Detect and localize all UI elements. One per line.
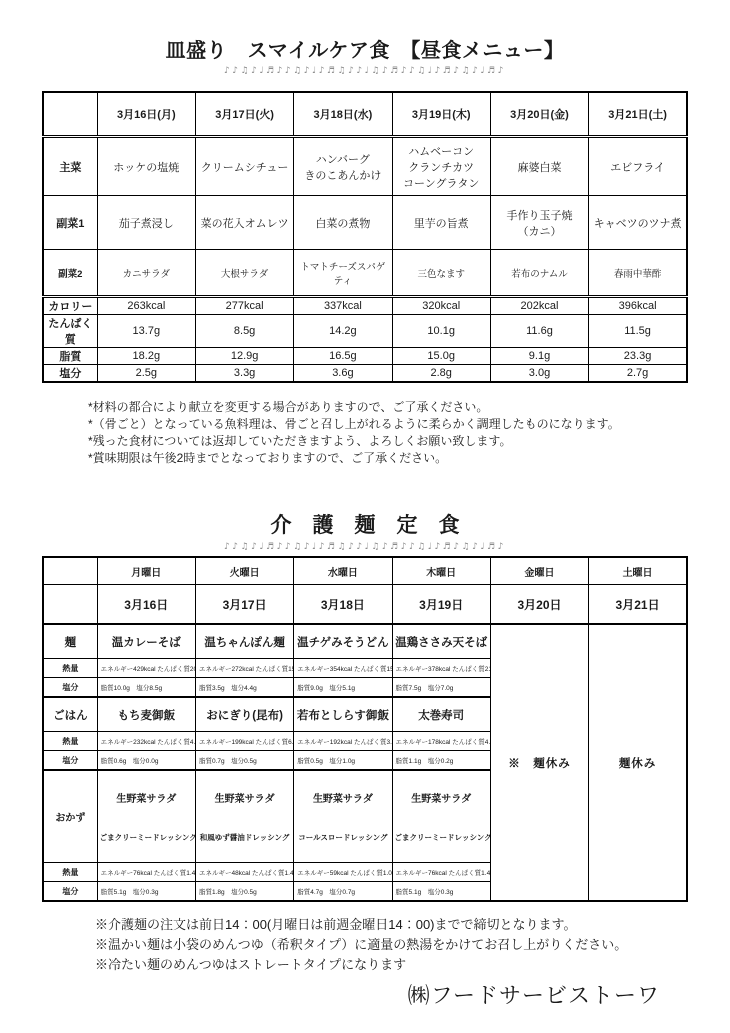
date-header: 3月17日 bbox=[195, 585, 293, 625]
value-cell: 12.9g bbox=[195, 348, 293, 365]
music-notes-decoration: ♪♪♫♪♩♬♪♪♫♪♩♪♬♫♪♪♩♫♪♬♪♪♫♩♪♬♪♫♪♩♬♪ bbox=[0, 542, 730, 552]
value-cell: 10.1g bbox=[392, 315, 490, 348]
nutrition-cell: エネルギー199kcal たんぱく質6.9g bbox=[195, 732, 293, 751]
menu-cell: カニサラダ bbox=[97, 250, 195, 297]
menu-cell: ハムベーコン クランチカツ コーングラタン bbox=[392, 137, 490, 196]
value-cell: 396kcal bbox=[589, 297, 687, 315]
value-cell: 14.2g bbox=[294, 315, 392, 348]
menu-cell: もち麦御飯 bbox=[97, 697, 195, 732]
row-label: 熱量 bbox=[43, 863, 97, 882]
menu-cell: 温鶏ささみ天そば bbox=[392, 624, 490, 659]
nutrition-cell: 脂質7.5g 塩分7.0g bbox=[392, 678, 490, 698]
value-cell: 11.5g bbox=[589, 315, 687, 348]
row-label: 塩分 bbox=[43, 882, 97, 902]
nutrition-cell: エネルギー48kcal たんぱく質1.4g bbox=[195, 863, 293, 882]
nutrition-cell: 脂質4.7g 塩分0.7g bbox=[294, 882, 392, 902]
nutrition-cell: エネルギー59kcal たんぱく質1.0g bbox=[294, 863, 392, 882]
calorie-row: カロリー 263kcal 277kcal 337kcal 320kcal 202… bbox=[43, 297, 687, 315]
date-header: 3月20日 bbox=[490, 585, 588, 625]
row-label: カロリー bbox=[43, 297, 97, 315]
dressing-name: 和風ゆず醤油ドレッシング bbox=[198, 832, 291, 843]
nutrition-cell: エネルギー76kcal たんぱく質1.4g bbox=[392, 863, 490, 882]
noodle-name-row: 麺 温カレーそば 温ちゃんぽん麺 温チゲみそうどん 温鶏ささみ天そば ※ 麺休み… bbox=[43, 624, 687, 659]
side-dish1-row: 副菜1 茄子煮浸し 菜の花入オムレツ 白菜の煮物 里芋の旨煮 手作り玉子焼 （カ… bbox=[43, 196, 687, 250]
menu-cell: 若布としらす御飯 bbox=[294, 697, 392, 732]
dressing-name: ごまクリーミードレッシング bbox=[100, 832, 193, 843]
row-label: 熱量 bbox=[43, 732, 97, 751]
company-name: ㈱フードサービストーワ bbox=[0, 979, 660, 1010]
weekday-header: 土曜日 bbox=[589, 557, 687, 585]
menu-cell: ホッケの塩焼 bbox=[97, 137, 195, 196]
nutrition-cell: 脂質10.0g 塩分8.5g bbox=[97, 678, 195, 698]
menu-cell: 生野菜サラダ 和風ゆず醤油ドレッシング bbox=[195, 770, 293, 863]
menu-document-page: 皿盛り スマイルケア食 【昼食メニュー】 ♪♪♫♪♩♬♪♪♫♪♩♪♬♫♪♪♩♫♪… bbox=[0, 0, 730, 1033]
row-label: 塩分 bbox=[43, 678, 97, 698]
value-cell: 13.7g bbox=[97, 315, 195, 348]
menu-cell: 生野菜サラダ ごまクリーミードレッシング bbox=[392, 770, 490, 863]
menu-cell: トマトチーズスパゲティ bbox=[294, 250, 392, 297]
weekday-header: 月曜日 bbox=[97, 557, 195, 585]
salad-name: 生野菜サラダ bbox=[296, 790, 389, 805]
note-line: ※介護麺の注文は前日14：00(月曜日は前週金曜日14：00)までで締切となりま… bbox=[95, 915, 730, 935]
menu-cell: 茄子煮浸し bbox=[97, 196, 195, 250]
music-notes-decoration: ♪♪♫♪♩♬♪♪♫♪♩♪♬♫♪♪♩♫♪♬♪♪♫♩♪♬♪♫♪♩♬♪ bbox=[0, 66, 730, 76]
date-header: 3月20日(金) bbox=[490, 92, 588, 137]
menu-cell: 三色なます bbox=[392, 250, 490, 297]
date-header: 3月16日(月) bbox=[97, 92, 195, 137]
value-cell: 277kcal bbox=[195, 297, 293, 315]
salad-name: 生野菜サラダ bbox=[198, 790, 291, 805]
corner-cell bbox=[43, 585, 97, 625]
date-header: 3月21日(土) bbox=[589, 92, 687, 137]
nutrition-cell: エネルギー354kcal たんぱく質15.8g bbox=[294, 659, 392, 678]
nutrition-cell: 脂質5.1g 塩分0.3g bbox=[97, 882, 195, 902]
value-cell: 2.5g bbox=[97, 365, 195, 383]
weekday-header: 金曜日 bbox=[490, 557, 588, 585]
value-cell: 263kcal bbox=[97, 297, 195, 315]
menu-cell: 里芋の旨煮 bbox=[392, 196, 490, 250]
value-cell: 18.2g bbox=[97, 348, 195, 365]
saturday-noodle-break-cell: 麺休み bbox=[589, 624, 687, 901]
row-label: 副菜2 bbox=[43, 250, 97, 297]
date-header-row: 3月16日 3月17日 3月18日 3月19日 3月20日 3月21日 bbox=[43, 585, 687, 625]
nutrition-cell: エネルギー272kcal たんぱく質15.4g bbox=[195, 659, 293, 678]
menu-cell: 生野菜サラダ コールスロードレッシング bbox=[294, 770, 392, 863]
nutrition-cell: 脂質3.5g 塩分4.4g bbox=[195, 678, 293, 698]
date-header: 3月17日(火) bbox=[195, 92, 293, 137]
nutrition-cell: 脂質5.1g 塩分0.3g bbox=[392, 882, 490, 902]
row-label: ごはん bbox=[43, 697, 97, 732]
note-line: ※温かい麺は小袋のめんつゆ（希釈タイプ）に適量の熱湯をかけてお召し上がりください… bbox=[95, 935, 730, 955]
menu-cell: 白菜の煮物 bbox=[294, 196, 392, 250]
corner-cell bbox=[43, 557, 97, 585]
row-label: 塩分 bbox=[43, 751, 97, 771]
menu-cell: キャベツのツナ煮 bbox=[589, 196, 687, 250]
value-cell: 11.6g bbox=[490, 315, 588, 348]
value-cell: 16.5g bbox=[294, 348, 392, 365]
side-dish2-row: 副菜2 カニサラダ 大根サラダ トマトチーズスパゲティ 三色なます 若布のナムル… bbox=[43, 250, 687, 297]
value-cell: 2.7g bbox=[589, 365, 687, 383]
friday-noodle-break-cell: ※ 麺休み bbox=[490, 624, 588, 901]
nutrition-cell: エネルギー178kcal たんぱく質4.6g bbox=[392, 732, 490, 751]
lunch-menu-title: 皿盛り スマイルケア食 【昼食メニュー】 bbox=[0, 0, 730, 63]
menu-cell: 若布のナムル bbox=[490, 250, 588, 297]
dressing-name: コールスロードレッシング bbox=[296, 832, 389, 843]
fat-row: 脂質 18.2g 12.9g 16.5g 15.0g 9.1g 23.3g bbox=[43, 348, 687, 365]
nutrition-cell: エネルギー192kcal たんぱく質3.4g bbox=[294, 732, 392, 751]
value-cell: 3.0g bbox=[490, 365, 588, 383]
date-header: 3月18日(水) bbox=[294, 92, 392, 137]
menu-cell: 麻婆白菜 bbox=[490, 137, 588, 196]
menu-cell: 大根サラダ bbox=[195, 250, 293, 297]
value-cell: 2.8g bbox=[392, 365, 490, 383]
salad-name: 生野菜サラダ bbox=[100, 790, 193, 805]
nutrition-cell: 脂質0.6g 塩分0.0g bbox=[97, 751, 195, 771]
value-cell: 202kcal bbox=[490, 297, 588, 315]
value-cell: 3.3g bbox=[195, 365, 293, 383]
menu-cell: 手作り玉子焼 （カニ） bbox=[490, 196, 588, 250]
care-noodle-table: 月曜日 火曜日 水曜日 木曜日 金曜日 土曜日 3月16日 3月17日 3月18… bbox=[42, 556, 688, 902]
lunch-date-header-row: 3月16日(月) 3月17日(火) 3月18日(水) 3月19日(木) 3月20… bbox=[43, 92, 687, 137]
note-line: ※冷たい麺のめんつゆはストレートタイプになります bbox=[95, 955, 730, 975]
row-label: 麺 bbox=[43, 624, 97, 659]
menu-cell: エビフライ bbox=[589, 137, 687, 196]
menu-cell: 菜の花入オムレツ bbox=[195, 196, 293, 250]
menu-cell: 春雨中華酢 bbox=[589, 250, 687, 297]
menu-cell: おにぎり(昆布) bbox=[195, 697, 293, 732]
nutrition-cell: エネルギー378kcal たんぱく質21.0g bbox=[392, 659, 490, 678]
weekday-header: 水曜日 bbox=[294, 557, 392, 585]
date-header: 3月21日 bbox=[589, 585, 687, 625]
value-cell: 337kcal bbox=[294, 297, 392, 315]
nutrition-cell: エネルギー76kcal たんぱく質1.4g bbox=[97, 863, 195, 882]
nutrition-cell: 脂質0.7g 塩分0.5g bbox=[195, 751, 293, 771]
row-label: 副菜1 bbox=[43, 196, 97, 250]
note-line: *残った食材については返却していただきますよう、よろしくお願い致します。 bbox=[88, 433, 730, 450]
menu-cell: 温カレーそば bbox=[97, 624, 195, 659]
protein-row: たんぱく質 13.7g 8.5g 14.2g 10.1g 11.6g 11.5g bbox=[43, 315, 687, 348]
row-label: おかず bbox=[43, 770, 97, 863]
nutrition-cell: 脂質1.8g 塩分0.5g bbox=[195, 882, 293, 902]
weekday-header-row: 月曜日 火曜日 水曜日 木曜日 金曜日 土曜日 bbox=[43, 557, 687, 585]
date-header: 3月16日 bbox=[97, 585, 195, 625]
lunch-menu-table: 3月16日(月) 3月17日(火) 3月18日(水) 3月19日(木) 3月20… bbox=[42, 91, 688, 383]
row-label: 熱量 bbox=[43, 659, 97, 678]
row-label: 塩分 bbox=[43, 365, 97, 383]
lunch-notes: *材料の都合により献立を変更する場合がありますので、ご了承ください。 *（骨ごと… bbox=[88, 399, 730, 467]
value-cell: 15.0g bbox=[392, 348, 490, 365]
main-dish-row: 主菜 ホッケの塩焼 クリームシチュー ハンバーグ きのこあんかけ ハムベーコン … bbox=[43, 137, 687, 196]
nutrition-cell: 脂質0.5g 塩分1.0g bbox=[294, 751, 392, 771]
menu-cell: 温チゲみそうどん bbox=[294, 624, 392, 659]
note-line: *（骨ごと）となっている魚料理は、骨ごと召し上がれるように柔らかく調理したものに… bbox=[88, 416, 730, 433]
date-header: 3月19日(木) bbox=[392, 92, 490, 137]
noodle-set-title: 介 護 麺 定 食 bbox=[0, 509, 730, 539]
row-label: 主菜 bbox=[43, 137, 97, 196]
salt-row: 塩分 2.5g 3.3g 3.6g 2.8g 3.0g 2.7g bbox=[43, 365, 687, 383]
nutrition-cell: 脂質9.0g 塩分5.1g bbox=[294, 678, 392, 698]
value-cell: 9.1g bbox=[490, 348, 588, 365]
menu-cell: クリームシチュー bbox=[195, 137, 293, 196]
menu-cell: 生野菜サラダ ごまクリーミードレッシング bbox=[97, 770, 195, 863]
value-cell: 23.3g bbox=[589, 348, 687, 365]
row-label: たんぱく質 bbox=[43, 315, 97, 348]
menu-cell: 温ちゃんぽん麺 bbox=[195, 624, 293, 659]
weekday-header: 木曜日 bbox=[392, 557, 490, 585]
corner-cell bbox=[43, 92, 97, 137]
value-cell: 8.5g bbox=[195, 315, 293, 348]
row-label: 脂質 bbox=[43, 348, 97, 365]
noodle-notes: ※介護麺の注文は前日14：00(月曜日は前週金曜日14：00)までで締切となりま… bbox=[95, 915, 730, 975]
weekday-header: 火曜日 bbox=[195, 557, 293, 585]
value-cell: 320kcal bbox=[392, 297, 490, 315]
note-line: *賞味期限は午後2時までとなっておりますので、ご了承ください。 bbox=[88, 450, 730, 467]
nutrition-cell: エネルギー232kcal たんぱく質4.2g bbox=[97, 732, 195, 751]
nutrition-cell: 脂質1.1g 塩分0.2g bbox=[392, 751, 490, 771]
value-cell: 3.6g bbox=[294, 365, 392, 383]
date-header: 3月18日 bbox=[294, 585, 392, 625]
dressing-name: ごまクリーミードレッシング bbox=[395, 832, 488, 843]
date-header: 3月19日 bbox=[392, 585, 490, 625]
menu-cell: ハンバーグ きのこあんかけ bbox=[294, 137, 392, 196]
menu-cell: 太巻寿司 bbox=[392, 697, 490, 732]
salad-name: 生野菜サラダ bbox=[395, 790, 488, 805]
nutrition-cell: エネルギー429kcal たんぱく質20.6g bbox=[97, 659, 195, 678]
note-line: *材料の都合により献立を変更する場合がありますので、ご了承ください。 bbox=[88, 399, 730, 416]
